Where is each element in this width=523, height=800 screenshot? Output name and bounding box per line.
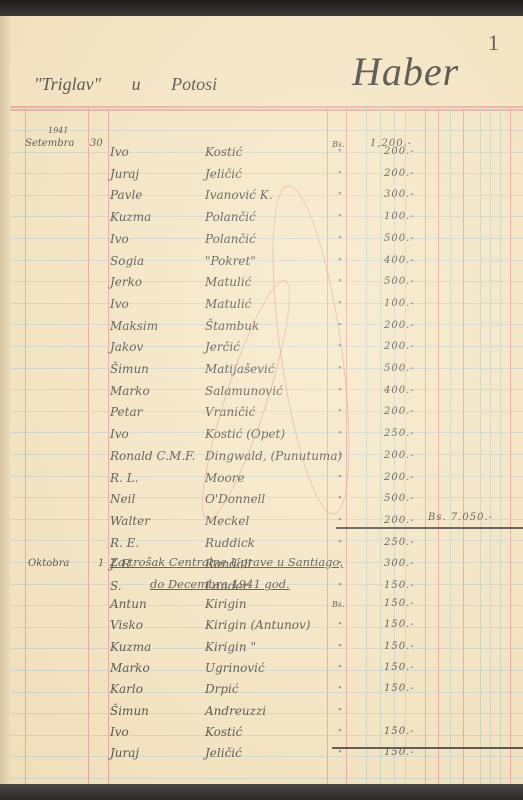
entry-first-name: Šimun [110,704,149,718]
entry-first-name: Ivo [110,232,129,246]
entry-first-name: Jerko [110,275,142,289]
entry-last-name: Kirigin [205,597,247,611]
column-rule [438,108,439,784]
column-rule [425,108,426,784]
paper-rule [10,216,523,217]
ditto-mark: " [338,170,342,179]
entry-amount: 500.- [384,493,415,504]
entry-amount: 500.- [384,233,415,244]
entry-amount: 200.- [384,341,415,352]
section2-day: 1 [98,558,104,569]
entry-amount: 150.- [384,726,415,737]
entry-first-name: Ivo [110,427,129,441]
paper-rule [10,260,523,261]
paper-rule [10,670,523,671]
entry-first-name: Sogia [110,254,144,268]
entry-first-name: Juraj [110,167,139,181]
entry-last-name: Polančić [205,210,256,224]
entry-first-name: Kuzma [110,210,151,224]
paper-rule [10,713,523,714]
entry-amount: 500.- [384,276,415,287]
entry-first-name: Šimun [110,362,149,376]
entry-first-name: Pavle [110,188,142,202]
header-red-rule [10,109,523,111]
entry-first-name: Ronald C.M.F. [110,449,195,463]
ditto-mark: " [338,685,342,694]
entry-amount: 200.- [384,515,415,526]
entry-amount: 150.- [384,747,415,758]
section1-day: 30 [90,138,103,149]
account-title: "Triglav" u Potosi [34,74,217,95]
entry-amount: 200.- [384,146,415,157]
section1-year: 1941 [48,126,68,135]
paper-rule [10,692,523,693]
paper-rule [10,281,523,282]
entry-first-name: Juraj [110,746,139,760]
ditto-mark: " [338,582,342,591]
entry-amount: 150.- [384,683,415,694]
paper-rule [10,238,523,239]
section2-description-line1: Za trošak Centralne Uprave u Santiago, [110,555,343,569]
paper-rule [10,130,523,131]
entry-amount: 150.- [384,598,415,609]
ditto-mark: " [338,664,342,673]
entry-first-name: Karlo [110,682,143,696]
entry-first-name: Ivo [110,297,129,311]
ditto-mark: " [338,257,342,266]
ditto-mark: " [338,539,342,548]
ditto-mark: " [338,621,342,630]
page-number: 1 [488,30,499,56]
paper-rule [10,735,523,736]
entry-last-name: Jerčić [205,340,240,354]
entry-amount: 200.- [384,320,415,331]
entry-first-name: Antun [110,597,147,611]
ledger-page: 1 Haber "Triglav" u Potosi 1941 Setembra… [10,14,523,784]
entry-amount: 100.- [384,298,415,309]
column-rule [500,108,501,784]
entry-amount: 300.- [384,189,415,200]
entry-first-name: Visko [110,618,143,632]
entry-amount: 400.- [384,255,415,266]
entry-amount: 200.- [384,406,415,417]
side-heading-haber: Haber [352,48,459,95]
paper-rule [10,540,523,541]
column-rule [463,108,464,784]
paper-rule [10,605,523,606]
entry-amount: 250.- [384,537,415,548]
entry-amount: 200.- [384,168,415,179]
ditto-mark: " [338,300,342,309]
column-rule [480,108,481,784]
entry-amount: 300.- [384,558,415,569]
paper-rule [10,476,523,477]
entry-amount: 100.- [384,211,415,222]
entry-currency: Bs. [332,600,345,609]
entry-last-name: Ugrinović [205,661,265,675]
column-rule [380,108,381,784]
paper-rule [10,648,523,649]
paper-rule [10,756,523,757]
entry-amount: 200.- [384,450,415,461]
section1-month: Setembra [25,138,74,149]
entry-first-name: Marko [110,384,150,398]
entry-first-name: Ivo [110,725,129,739]
entry-last-name: Kirigin (Antunov) [205,618,310,632]
entry-first-name: Walter [110,514,150,528]
entry-last-name: Andreuzzi [205,704,266,718]
entry-first-name: Jakov [110,340,143,354]
column-rule [366,108,367,784]
ditto-mark: " [338,643,342,652]
entry-amount: 150.- [384,619,415,630]
ditto-mark: " [338,749,342,758]
paper-rule [10,173,523,174]
ditto-mark: " [338,278,342,287]
entry-last-name: Polančić [205,232,256,246]
entry-first-name: Kuzma [110,640,151,654]
ditto-mark: " [338,235,342,244]
section1-total: Bs. 7.050.- [428,512,493,523]
entry-first-name: Marko [110,661,150,675]
paper-rule [10,778,523,779]
entry-first-name: R. L. [110,471,138,485]
column-rule [108,108,109,784]
entry-last-name: Kostić [205,145,242,159]
entry-last-name: "Pokret" [205,254,256,268]
entry-last-name: Ivanović K. [205,188,273,202]
entry-first-name: Petar [110,405,142,419]
entry-last-name: Matulić [205,297,251,311]
entry-amount: 200.- [384,472,415,483]
entry-first-name: Neil [110,492,135,506]
ditto-mark: " [338,148,342,157]
ditto-mark: " [338,213,342,222]
entry-last-name: Jeličić [205,746,242,760]
entry-last-name: Matulić [205,275,251,289]
entry-amount: 250.- [384,428,415,439]
column-rule [490,108,491,784]
entry-amount: 150.- [384,580,415,591]
column-rule [25,108,26,784]
paper-rule [10,411,523,412]
ditto-mark: " [338,728,342,737]
entry-first-name: S. [110,579,122,593]
entry-amount: 500.- [384,363,415,374]
ditto-mark: " [338,707,342,716]
entry-last-name: Drpić [205,682,239,696]
ditto-mark: " [338,191,342,200]
entry-first-name: Maksim [110,319,158,333]
entry-amount: 150.- [384,662,415,673]
header-red-rule [10,106,523,108]
paper-rule [10,497,523,498]
column-rule [510,108,511,784]
total-rule [336,527,523,529]
entry-last-name: Jeličić [205,167,242,181]
ditto-mark: " [338,517,342,526]
column-rule [450,108,451,784]
section2-rule [332,747,523,749]
entry-last-name: Kostić [205,725,242,739]
section2-month: Oktobra [28,558,69,569]
book-binding-bottom [0,784,523,800]
section2-description-line2: do Decembra 1941 god. [150,577,290,591]
entry-first-name: R. E. [110,536,139,550]
entry-last-name: Ruddick [205,536,255,550]
book-binding-top [0,0,523,16]
paper-rule [10,152,523,153]
entry-first-name: Ivo [110,145,129,159]
entry-last-name: Kirigin " [205,640,256,654]
column-rule [88,108,89,784]
entry-amount: 150.- [384,641,415,652]
entry-amount: 400.- [384,385,415,396]
